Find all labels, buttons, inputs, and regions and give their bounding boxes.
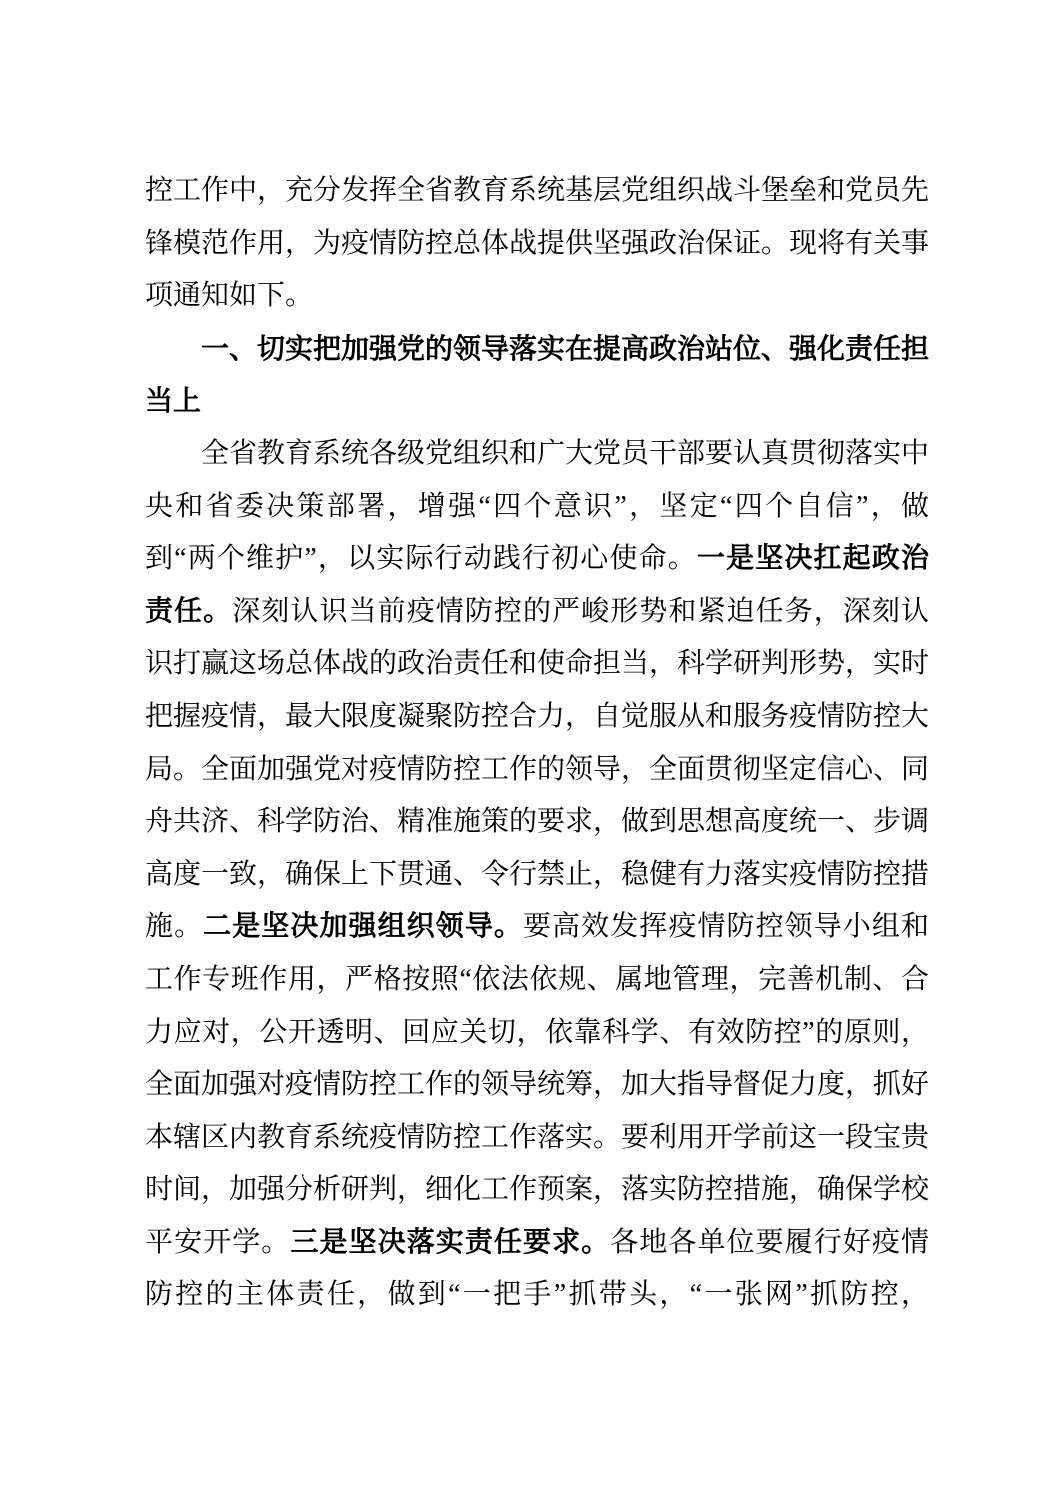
text-line: 力应对，公开透明、回应关切，依靠科学、有效防控”的原则， bbox=[145, 1007, 929, 1060]
body-text: 力应对，公开透明、回应关切，依靠科学、有效防控”的原则， bbox=[145, 1017, 929, 1048]
body-text: 把握疫情，最大限度凝聚防控合力，自觉服从和服务疫情防控大 bbox=[145, 701, 929, 732]
body-text: 央和省委决策部署，增强“四个意识”，坚定“四个自信”，做 bbox=[145, 491, 929, 522]
body-text: 各地各单位要履行好疫情 bbox=[610, 1227, 929, 1258]
text-line: 高度一致，确保上下贯通、令行禁止，稳健有力落实疫情防控措 bbox=[145, 849, 929, 902]
text-line: 时间，加强分析研判，细化工作预案，落实防控措施，确保学校 bbox=[145, 1164, 929, 1217]
text-line: 项通知如下。 bbox=[145, 270, 929, 323]
text-line: 施。二是坚决加强组织领导。要高效发挥疫情防控领导小组和 bbox=[145, 901, 929, 954]
text-line: 舟共济、科学防治、精准施策的要求，做到思想高度统一、步调 bbox=[145, 796, 929, 849]
body-text: 项通知如下。 bbox=[145, 280, 313, 311]
text-line: 央和省委决策部署，增强“四个意识”，坚定“四个自信”，做 bbox=[145, 481, 929, 534]
body-text: 要高效发挥疫情防控领导小组和 bbox=[523, 911, 929, 942]
body-text: 高度一致，确保上下贯通、令行禁止，稳健有力落实疫情防控措 bbox=[145, 859, 929, 890]
body-text: 防控的主体责任，做到“一把手”抓带头，“一张网”抓防控， bbox=[145, 1279, 929, 1310]
emphasis-text: 当上 bbox=[145, 385, 201, 416]
document-page: 控工作中，充分发挥全省教育系统基层党组织战斗堡垒和党员先锋模范作用，为疫情防控总… bbox=[0, 0, 1060, 1500]
emphasis-text: 三是坚决落实责任要求。 bbox=[290, 1227, 610, 1258]
text-line: 把握疫情，最大限度凝聚防控合力，自觉服从和服务疫情防控大 bbox=[145, 691, 929, 744]
emphasis-text: 责任。 bbox=[145, 596, 232, 627]
text-line: 识打赢这场总体战的政治责任和使命担当，科学研判形势，实时 bbox=[145, 638, 929, 691]
text-line: 控工作中，充分发挥全省教育系统基层党组织战斗堡垒和党员先 bbox=[145, 165, 929, 218]
body-text: 控工作中，充分发挥全省教育系统基层党组织战斗堡垒和党员先 bbox=[145, 175, 929, 206]
body-text: 全省教育系统各级党组织和广大党员干部要认真贯彻落实中 bbox=[201, 438, 929, 469]
body-text: 施。 bbox=[145, 911, 203, 942]
text-line: 责任。深刻认识当前疫情防控的严峻形势和紧迫任务，深刻认 bbox=[145, 586, 929, 639]
body-text: 本辖区内教育系统疫情防控工作落实。要利用开学前这一段宝贵 bbox=[145, 1122, 929, 1153]
text-line: 局。全面加强党对疫情防控工作的领导，全面贯彻坚定信心、同 bbox=[145, 744, 929, 797]
text-line: 工作专班作用，严格按照“依法依规、属地管理，完善机制、合 bbox=[145, 954, 929, 1007]
body-text: 时间，加强分析研判，细化工作预案，落实防控措施，确保学校 bbox=[145, 1174, 929, 1205]
text-line: 平安开学。三是坚决落实责任要求。各地各单位要履行好疫情 bbox=[145, 1217, 929, 1270]
emphasis-text: 一、切实把加强党的领导落实在提高政治站位、强化责任担 bbox=[201, 333, 929, 364]
text-line: 本辖区内教育系统疫情防控工作落实。要利用开学前这一段宝贵 bbox=[145, 1112, 929, 1165]
body-text: 平安开学。 bbox=[145, 1227, 290, 1258]
emphasis-text: 二是坚决加强组织领导。 bbox=[203, 911, 523, 942]
text-line: 全省教育系统各级党组织和广大党员干部要认真贯彻落实中 bbox=[145, 428, 929, 481]
body-text: 工作专班作用，严格按照“依法依规、属地管理，完善机制、合 bbox=[145, 964, 929, 995]
emphasis-text: 一是坚决扛起政治 bbox=[697, 543, 929, 574]
document-text-block: 控工作中，充分发挥全省教育系统基层党组织战斗堡垒和党员先锋模范作用，为疫情防控总… bbox=[145, 165, 929, 1322]
body-text: 舟共济、科学防治、精准施策的要求，做到思想高度统一、步调 bbox=[145, 806, 929, 837]
text-line: 全面加强对疫情防控工作的领导统筹，加大指导督促力度，抓好 bbox=[145, 1059, 929, 1112]
body-text: 局。全面加强党对疫情防控工作的领导，全面贯彻坚定信心、同 bbox=[145, 754, 929, 785]
section-heading-line: 当上 bbox=[145, 375, 929, 428]
section-heading-line: 一、切实把加强党的领导落实在提高政治站位、强化责任担 bbox=[145, 323, 929, 376]
body-text: 全面加强对疫情防控工作的领导统筹，加大指导督促力度，抓好 bbox=[145, 1069, 929, 1100]
body-text: 到“两个维护”，以实际行动践行初心使命。 bbox=[145, 543, 697, 574]
body-text: 深刻认识当前疫情防控的严峻形势和紧迫任务，深刻认 bbox=[232, 596, 929, 627]
text-line: 锋模范作用，为疫情防控总体战提供坚强政治保证。现将有关事 bbox=[145, 218, 929, 271]
body-text: 锋模范作用，为疫情防控总体战提供坚强政治保证。现将有关事 bbox=[145, 228, 929, 259]
body-text: 识打赢这场总体战的政治责任和使命担当，科学研判形势，实时 bbox=[145, 648, 929, 679]
text-line: 防控的主体责任，做到“一把手”抓带头，“一张网”抓防控， bbox=[145, 1269, 929, 1322]
text-line: 到“两个维护”，以实际行动践行初心使命。一是坚决扛起政治 bbox=[145, 533, 929, 586]
